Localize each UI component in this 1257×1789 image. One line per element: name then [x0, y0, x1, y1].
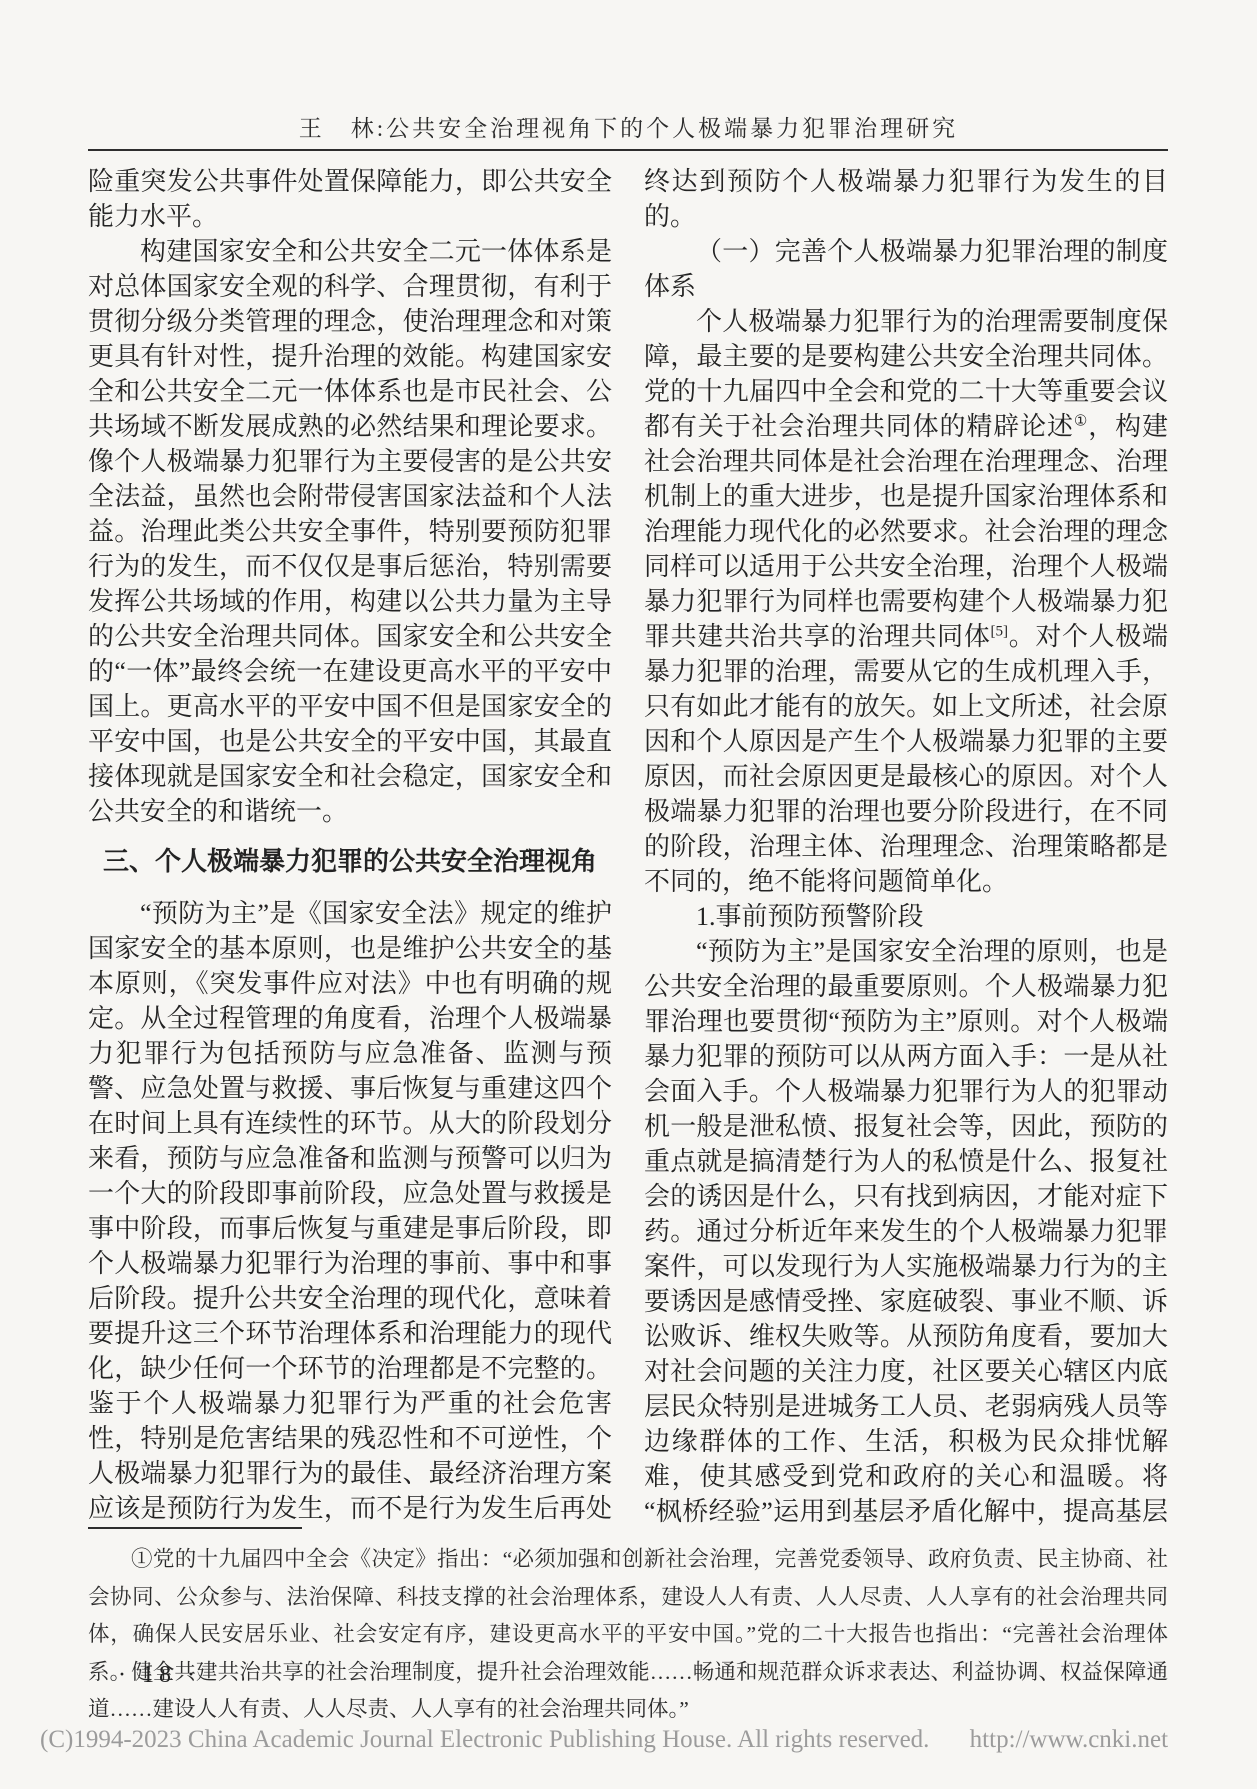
section-heading: 三、个人极端暴力犯罪的公共安全治理视角	[88, 844, 612, 879]
paragraph: “预防为主”是《国家安全法》规定的维护国家安全的基本原则，也是维护公共安全的基本…	[88, 896, 612, 1526]
paragraph: 个人极端暴力犯罪行为的治理需要制度保障，最主要的是要构建公共安全治理共同体。党的…	[644, 304, 1168, 899]
header-divider	[88, 149, 1168, 151]
left-column: 险重突发公共事件处置保障能力，即公共安全能力水平。构建国家安全和公共安全二元一体…	[88, 164, 612, 1526]
right-column: 终达到预防个人极端暴力犯罪行为发生的目的。（一）完善个人极端暴力犯罪治理的制度体…	[644, 164, 1168, 1526]
page-number: · 18 ·	[118, 1662, 200, 1689]
copyright-line: (C)1994-2023 China Academic Journal Elec…	[40, 1726, 1168, 1754]
footnote-text: ①党的十九届四中全会《决定》指出：“必须加强和创新社会治理，完善党委领导、政府负…	[88, 1541, 1168, 1729]
header-running-title: 王 林:公共安全治理视角下的个人极端暴力犯罪治理研究	[0, 110, 1257, 143]
paragraph: 1.事前预防预警阶段	[644, 899, 1168, 934]
footnote-divider	[88, 1527, 302, 1529]
copyright-text: (C)1994-2023 China Academic Journal Elec…	[40, 1726, 929, 1753]
sub-section-heading: （一）完善个人极端暴力犯罪治理的制度体系	[644, 234, 1168, 304]
paragraph: “预防为主”是国家安全治理的原则，也是公共安全治理的最重要原则。个人极端暴力犯罪…	[644, 934, 1168, 1526]
paragraph: 终达到预防个人极端暴力犯罪行为发生的目的。	[644, 164, 1168, 234]
paragraph: 险重突发公共事件处置保障能力，即公共安全能力水平。	[88, 164, 612, 234]
paragraph: 构建国家安全和公共安全二元一体体系是对总体国家安全观的科学、合理贯彻，有利于贯彻…	[88, 234, 612, 829]
copyright-url: http://www.cnki.net	[970, 1726, 1168, 1753]
article-body: 险重突发公共事件处置保障能力，即公共安全能力水平。构建国家安全和公共安全二元一体…	[88, 164, 1168, 1526]
page-root: { "colors": { "page_background": "#f7f6f…	[0, 0, 1257, 1789]
